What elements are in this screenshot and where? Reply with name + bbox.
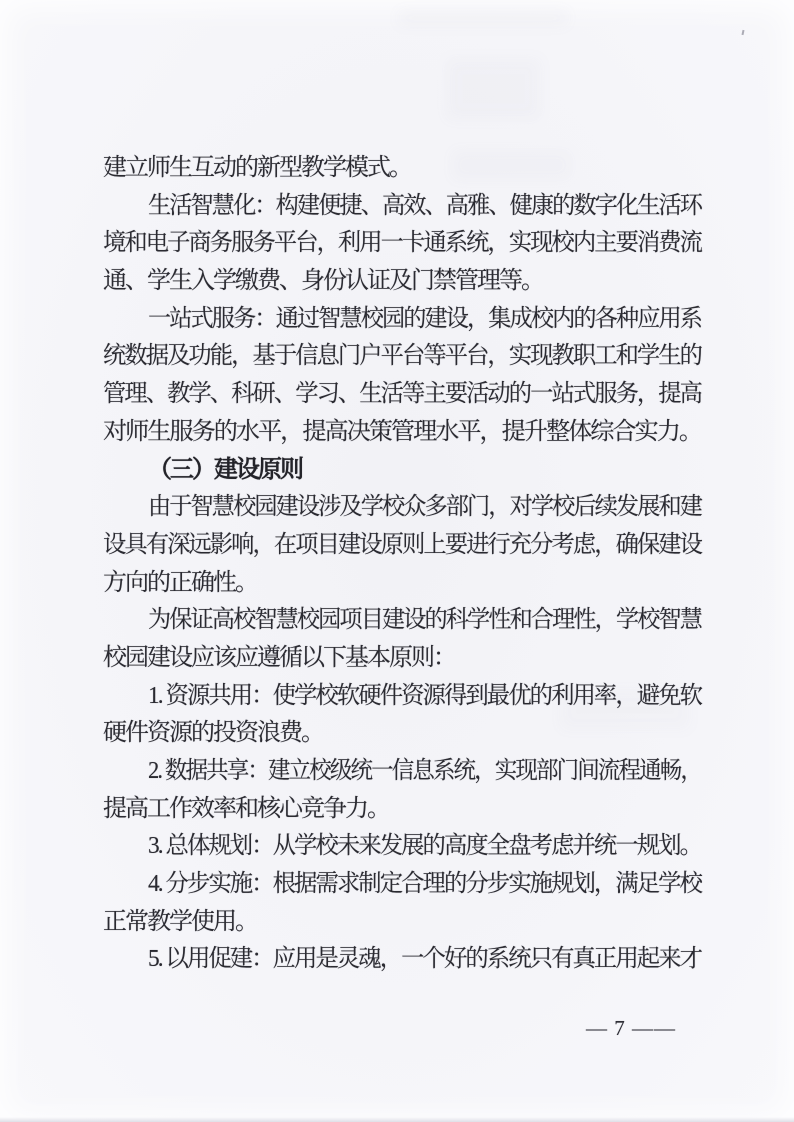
text-line-content: 由于智慧校园建设涉及学校众多部门，对学校后续发展和建 xyxy=(148,489,701,527)
scan-bottom-edge-shadow xyxy=(0,1117,794,1122)
document-body-text: 建立师生互动的新型教学模式。生活智慧化：构建便捷、高效、高雅、健康的数字化生活环… xyxy=(103,150,701,979)
text-line: 正常教学使用。 xyxy=(103,904,701,942)
text-line: 2. 数据共享：建立校级统一信息系统，实现部门间流程通畅， xyxy=(103,753,701,791)
text-line: 生活智慧化：构建便捷、高效、高雅、健康的数字化生活环 xyxy=(103,188,701,226)
text-line-content: （三）建设原则 xyxy=(148,452,302,490)
text-line: 为保证高校智慧校园项目建设的科学性和合理性，学校智慧 xyxy=(103,602,701,640)
text-line-content: 提高工作效率和核心竞争力。 xyxy=(103,791,389,829)
text-line-content: 2. 数据共享：建立校级统一信息系统，实现部门间流程通畅， xyxy=(148,753,701,791)
text-line: 由于智慧校园建设涉及学校众多部门，对学校后续发展和建 xyxy=(103,489,701,527)
text-line-content: 4. 分步实施：根据需求制定合理的分步实施规划，满足学校 xyxy=(148,866,701,904)
text-line: 提高工作效率和核心竞争力。 xyxy=(103,791,701,829)
text-line-content: 硬件资源的投资浪费。 xyxy=(103,715,323,753)
text-line: 对师生服务的水平，提高决策管理水平，提升整体综合实力。 xyxy=(103,414,701,452)
text-line-content: 设具有深远影响，在项目建设原则上要进行充分考虑，确保建设 xyxy=(103,527,701,565)
text-line-content: 生活智慧化：构建便捷、高效、高雅、健康的数字化生活环 xyxy=(148,188,701,226)
text-line: 方向的正确性。 xyxy=(103,565,701,603)
text-line-content: 校园建设应该应遵循以下基本原则： xyxy=(103,640,455,678)
text-line-content: 3. 总体规划：从学校未来发展的高度全盘考虑并统一规划。 xyxy=(148,828,701,866)
text-line: 境和电子商务服务平台，利用一卡通系统，实现校内主要消费流 xyxy=(103,225,701,263)
text-line-content: 1. 资源共用：使学校软硬件资源得到最优的利用率，避免软 xyxy=(148,678,701,716)
text-line-content: 建立师生互动的新型教学模式。 xyxy=(103,150,411,188)
text-line-content: 一站式服务：通过智慧校园的建设，集成校内的各种应用系 xyxy=(148,301,701,339)
text-line-content: 方向的正确性。 xyxy=(103,565,257,603)
scan-speck xyxy=(742,30,745,35)
text-line: 通、学生入学缴费、身份认证及门禁管理等。 xyxy=(103,263,701,301)
text-line: 5. 以用促建：应用是灵魂，一个好的系统只有真正用起来才 xyxy=(103,941,701,979)
text-line-content: 境和电子商务服务平台，利用一卡通系统，实现校内主要消费流 xyxy=(103,225,701,263)
page-number: — 7 —— xyxy=(586,1016,726,1041)
scan-bleedthrough-smudge xyxy=(446,58,541,120)
text-line: 3. 总体规划：从学校未来发展的高度全盘考虑并统一规划。 xyxy=(103,828,701,866)
scan-bleedthrough-smudge xyxy=(398,10,568,26)
text-line: 硬件资源的投资浪费。 xyxy=(103,715,701,753)
text-line: 设具有深远影响，在项目建设原则上要进行充分考虑，确保建设 xyxy=(103,527,701,565)
text-line-content: 统数据及功能，基于信息门户平台等平台，实现教职工和学生的 xyxy=(103,338,701,376)
text-line-content: 正常教学使用。 xyxy=(103,904,257,942)
text-line: 一站式服务：通过智慧校园的建设，集成校内的各种应用系 xyxy=(103,301,701,339)
text-line-content: 5. 以用促建：应用是灵魂，一个好的系统只有真正用起来才 xyxy=(148,941,701,979)
text-line: 1. 资源共用：使学校软硬件资源得到最优的利用率，避免软 xyxy=(103,678,701,716)
text-line-content: 为保证高校智慧校园项目建设的科学性和合理性，学校智慧 xyxy=(148,602,701,640)
text-line-content: 管理、教学、科研、学习、生活等主要活动的一站式服务，提高 xyxy=(103,376,701,414)
scanned-document-page: 建立师生互动的新型教学模式。生活智慧化：构建便捷、高效、高雅、健康的数字化生活环… xyxy=(0,0,794,1122)
text-line: 管理、教学、科研、学习、生活等主要活动的一站式服务，提高 xyxy=(103,376,701,414)
text-line: 统数据及功能，基于信息门户平台等平台，实现教职工和学生的 xyxy=(103,338,701,376)
text-line: （三）建设原则 xyxy=(103,452,701,490)
text-line: 4. 分步实施：根据需求制定合理的分步实施规划，满足学校 xyxy=(103,866,701,904)
text-line: 校园建设应该应遵循以下基本原则： xyxy=(103,640,701,678)
text-line: 建立师生互动的新型教学模式。 xyxy=(103,150,701,188)
text-line-content: 通、学生入学缴费、身份认证及门禁管理等。 xyxy=(103,263,543,301)
text-line-content: 对师生服务的水平，提高决策管理水平，提升整体综合实力。 xyxy=(103,414,701,452)
